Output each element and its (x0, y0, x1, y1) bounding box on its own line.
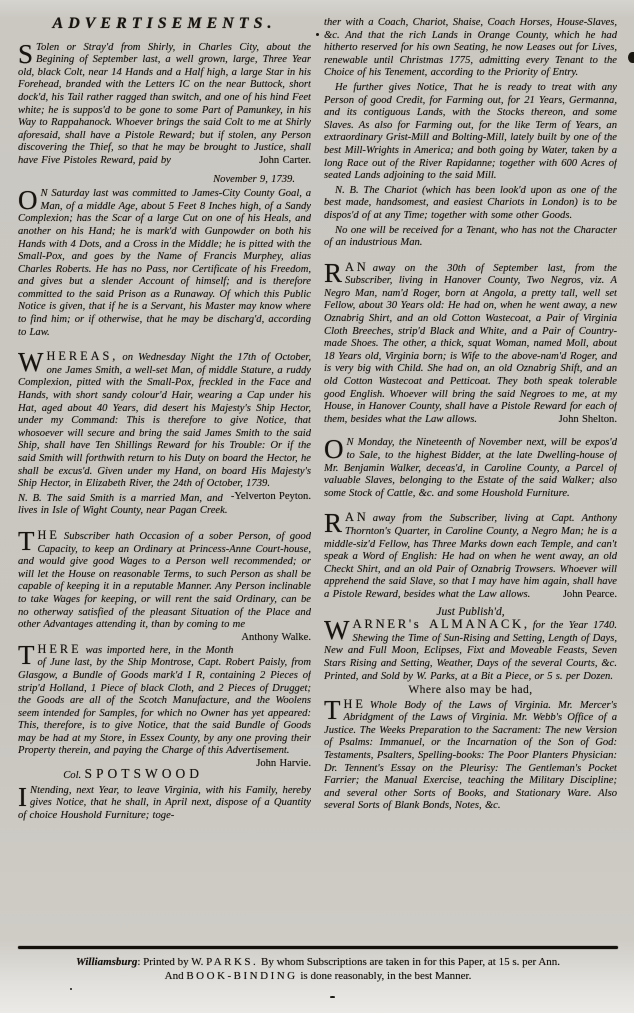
ink-speck (330, 996, 335, 998)
newspaper-page: ADVERTISEMENTS. STolen or Stray'd from S… (0, 0, 634, 1013)
drop-cap-r: R (324, 261, 345, 284)
signature-john-pearce: John Pearce. (555, 589, 617, 602)
ad-text: Tolen or Stray'd from Shirly, in Charles… (18, 42, 311, 166)
spotswood-further-notice: He further gives Notice, That he is read… (324, 82, 617, 183)
drop-cap-t: T (18, 643, 38, 666)
ad-opener: ARNER's ALMANACK, (352, 617, 529, 631)
imprint-text: And (165, 970, 187, 982)
heading-name: SPOTSWOOD (84, 766, 203, 781)
imprint-text: By whom Subscriptions are taken in for t… (258, 956, 560, 968)
drop-cap-r: R (324, 511, 345, 534)
ad-opener: HE (38, 528, 60, 542)
drop-cap-i: I (18, 785, 30, 808)
drop-cap-s: S (18, 42, 36, 65)
ad-opener: AN (345, 260, 369, 274)
ad-runaway-hanover: RANaway on the 30th of September last, f… (324, 261, 617, 427)
imprint-text: is done reasonably, in the best Manner. (298, 970, 472, 982)
drop-cap-t: T (18, 529, 38, 552)
ad-text: was imported here, in the Month of June … (18, 645, 311, 757)
ad-stolen-colt: STolen or Stray'd from Shirly, in Charle… (18, 42, 311, 168)
ad-warners-almanack: WARNER's ALMANACK,for the Year 1740. She… (324, 618, 617, 683)
spotswood-tenant-note: No one will be received for a Tenant, wh… (324, 225, 617, 250)
scan-artifact (628, 52, 634, 63)
ad-ordinary-keeper: THESubscriber hath Occasion of a sober P… (18, 529, 311, 632)
ad-imported-goods: THEREwas imported here, in the Month of … (18, 643, 311, 758)
imprint-footer: Williamsburg: Printed by W. PARKS. By wh… (18, 956, 618, 983)
ad-text: Whole Body of the Laws of Virginia. Mr. … (324, 700, 617, 812)
where-also-heading: Where also may be had, (324, 684, 617, 697)
footer-rule (18, 946, 618, 949)
signature-anthony-walke: Anthony Walke. (233, 632, 311, 645)
nb-chariot: N. B. The Chariot (which has been look'd… (324, 185, 617, 223)
ad-text: Subscriber hath Occasion of a sober Pers… (18, 531, 311, 630)
ad-text: N Monday, the Nineteenth of November nex… (324, 437, 617, 498)
ad-text: N Saturday last was committed to James-C… (18, 188, 311, 338)
signature-john-harvie: John Harvie. (248, 758, 311, 771)
ad-opener: HE (344, 697, 366, 711)
imprint-place: Williamsburg (76, 956, 137, 968)
imprint-text: : Printed by W. (137, 956, 206, 968)
drop-cap-o: O (18, 188, 41, 211)
ad-committed-goal: ON Saturday last was committed to James-… (18, 188, 311, 339)
two-column-layout: ADVERTISEMENTS. STolen or Stray'd from S… (18, 10, 618, 944)
bookbinding-label: BOOK-BINDING (186, 970, 297, 982)
ad-deserter-smith: WHEREAS,on Wednesday Night the 17th of O… (18, 350, 311, 491)
ad-text: ther with a Coach, Chariot, Shaise, Coac… (324, 17, 617, 78)
ad-text: on Wednesday Night the 17th of October, … (18, 352, 311, 489)
drop-cap-w: W (324, 618, 352, 641)
ad-estate-sale: ON Monday, the Nineteenth of November ne… (324, 437, 617, 500)
drop-cap-w: W (18, 350, 46, 373)
ad-books-list: THEWhole Body of the Laws of Virginia. M… (324, 698, 617, 813)
ad-spotswood-continued: ther with a Coach, Chariot, Shaise, Coac… (324, 17, 617, 80)
ad-text: away on the 30th of September last, from… (324, 263, 617, 425)
ad-opener: HERE (38, 642, 82, 656)
signature-yelverton-peyton: -Yelverton Peyton. (223, 491, 311, 504)
ink-speck (316, 33, 319, 36)
ad-runaway-caroline: RANaway from the Subscriber, living at C… (324, 511, 617, 601)
dateline: November 9, 1739. (18, 174, 311, 187)
ad-opener: AN (345, 510, 369, 524)
ink-speck (70, 988, 72, 990)
drop-cap-t: T (324, 698, 344, 721)
drop-cap-o: O (324, 437, 347, 460)
ad-spotswood: INtending, next Year, to leave Virginia,… (18, 785, 311, 823)
imprint-line-2: And BOOK-BINDING is done reasonably, in … (18, 970, 618, 984)
left-column: ADVERTISEMENTS. STolen or Stray'd from S… (18, 10, 311, 944)
right-column: ther with a Coach, Chariot, Shaise, Coac… (324, 10, 617, 944)
page-title: ADVERTISEMENTS. (18, 18, 311, 31)
ad-text: away from the Subscriber, living at Capt… (324, 513, 617, 600)
signature-john-shelton: John Shelton. (551, 414, 617, 427)
ad-text: Ntending, next Year, to leave Virginia, … (18, 785, 311, 821)
heading-prefix: Col. (63, 770, 84, 781)
signature-john-carter: John Carter. (251, 155, 311, 168)
printer-name: PARKS. (206, 956, 258, 968)
imprint-line-1: Williamsburg: Printed by W. PARKS. By wh… (18, 956, 618, 970)
ad-opener: HEREAS, (46, 349, 118, 363)
